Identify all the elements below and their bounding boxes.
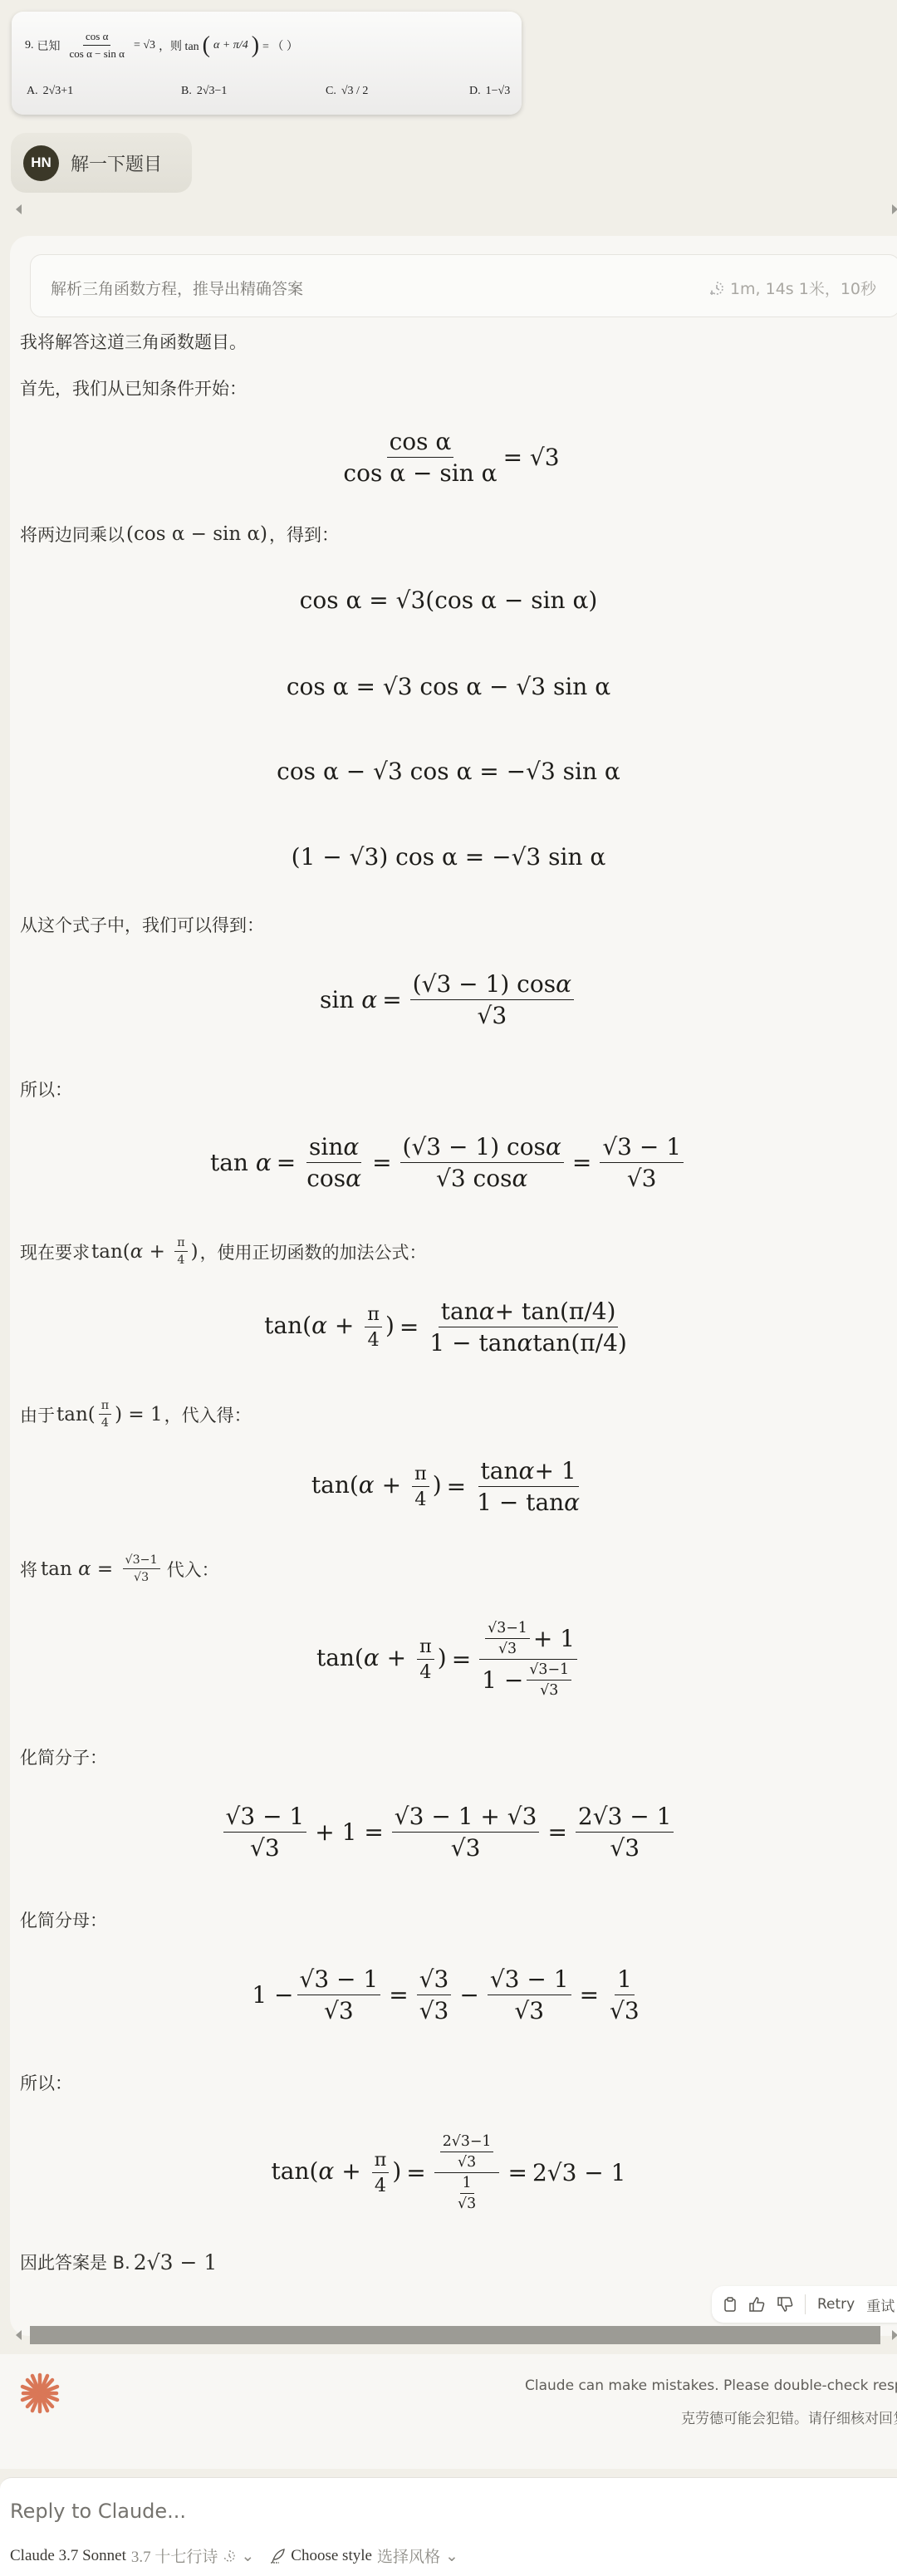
problem-question: 9. 已知 cos α cos α − sin α = √3 ，则 tan ( … — [25, 30, 298, 61]
choose-style-button[interactable]: Choose style — [291, 2547, 372, 2565]
disclaimer-en: Claude can make mistakes. Please double-… — [525, 2377, 897, 2394]
scrollbar-right-arrow[interactable] — [892, 2330, 897, 2340]
equation-addition: tan(α + π4)= tan α + tan(π/4)1 − tan α t… — [0, 1298, 897, 1357]
user-message: HN 解一下题目 — [11, 133, 192, 193]
step3-label: 从这个式子中，我们可以得到： — [20, 912, 264, 937]
option-value: 1−√3 — [486, 85, 511, 98]
equation-numerator: √3 − 1√3+ 1 = √3 − 1 + √3√3= 2√3 − 1√3 — [0, 1803, 897, 1862]
eq-den: cos α − sin α — [341, 458, 499, 487]
step2-label: 将两边同乘以 (cos α − sin α) ，得到： — [20, 522, 339, 547]
reply-input[interactable]: Reply to Claude... — [10, 2500, 186, 2523]
disclaimer-cn: 克劳德可能会犯错。请仔细核对回复。 — [681, 2407, 897, 2427]
eq-rhs: = √3 — [503, 444, 560, 471]
label-text: ，得到： — [269, 522, 339, 547]
equation-line: cos α − √3 cos α = −√3 sin α — [0, 758, 897, 785]
equation-sub2: tan(α + π4)= √3−1√3+ 11 − √3−1√3 — [0, 1620, 897, 1699]
choose-style-cn[interactable]: 选择风格 — [377, 2544, 440, 2567]
equation-line: (1 − √3) cos α = −√3 sin α — [0, 843, 897, 871]
claude-logo-icon — [18, 2372, 61, 2415]
option-letter: B. — [181, 85, 192, 98]
feather-pen-icon[interactable] — [269, 2548, 286, 2564]
conclusion: 因此答案是 B. 2√3 − 1 — [20, 2250, 217, 2274]
chevron-down-icon[interactable]: ⌄ — [445, 2547, 458, 2565]
step8-label: 化简分子： — [20, 1744, 107, 1769]
given-equals: = √3 — [134, 39, 155, 52]
equation-tan: tan α= sin αcos α= (√3 − 1) cos α√3 cos … — [0, 1133, 897, 1192]
equation-denominator: 1 − √3 − 1√3= √3√3− √3 − 1√3= 1√3 — [0, 1965, 897, 2024]
paren-open: ( — [203, 32, 210, 59]
label-math: (cos α − sin α) — [126, 523, 267, 545]
chevron-down-icon[interactable]: ⌄ — [241, 2547, 254, 2565]
step10-label: 所以： — [20, 2070, 72, 2095]
answer-blank: = （ ） — [262, 37, 298, 54]
option-value: √3 / 2 — [341, 85, 369, 98]
thinking-summary[interactable]: 解析三角函数方程，推导出精确答案 1m, 14s 1米，10秒 — [30, 254, 897, 317]
scroll-left-arrow[interactable] — [16, 204, 22, 214]
reply-composer[interactable]: Reply to Claude... Claude 3.7 Sonnet 3.7… — [0, 2477, 897, 2576]
paren-close: ) — [252, 32, 259, 59]
scroll-right-arrow[interactable] — [892, 204, 897, 214]
option-a: A.2√3+1 — [27, 85, 73, 98]
option-letter: A. — [27, 85, 38, 98]
divider — [805, 2294, 806, 2314]
equation-given: cos αcos α − sin α = √3 — [0, 428, 897, 487]
thinking-duration: 1m, 14s 1米，10秒 — [708, 277, 876, 299]
problem-number: 9. — [25, 39, 34, 52]
response-intro: 我将解答这道三角函数题目。 — [20, 329, 247, 354]
then-label: ，则 tan — [159, 37, 199, 54]
option-d: D.1−√3 — [469, 85, 510, 98]
user-message-text: 解一下题目 — [71, 150, 162, 176]
model-name-cn[interactable]: 3.7 十七行诗 — [131, 2544, 218, 2567]
conclusion-answer: 2√3 − 1 — [134, 2250, 218, 2274]
thumbs-up-icon[interactable] — [748, 2297, 765, 2312]
option-b: B.2√3−1 — [181, 85, 227, 98]
step5-label: 现在要求 tan(α + π4) ，使用正切函数的加法公式： — [20, 1236, 427, 1267]
label-text: 将 — [20, 1557, 37, 1582]
label-text: 代入： — [167, 1557, 219, 1582]
model-selector[interactable]: Claude 3.7 Sonnet — [10, 2547, 126, 2565]
duration-text: 1m, 14s 1米，10秒 — [730, 277, 876, 299]
horizontal-scrollbar-thumb[interactable] — [30, 2326, 880, 2344]
problem-image: 9. 已知 cos α cos α − sin α = √3 ，则 tan ( … — [12, 12, 522, 115]
label-text: 现在要求 — [20, 1239, 90, 1264]
step4-label: 所以： — [20, 1077, 72, 1102]
step7-label: 将 tan α = √3−1√3 代入： — [20, 1553, 219, 1584]
thinking-title: 解析三角函数方程，推导出精确答案 — [51, 277, 303, 299]
equation-line: cos α = √3 cos α − √3 sin α — [0, 673, 897, 700]
paren-arg: α + π/4 — [213, 39, 248, 52]
label-text: 将两边同乘以 — [20, 522, 125, 547]
avatar: HN — [23, 145, 59, 181]
label-text: ，代入得： — [164, 1402, 252, 1427]
extended-thinking-icon[interactable] — [223, 2549, 236, 2564]
given-fraction: cos α cos α − sin α — [67, 30, 127, 61]
given-numerator: cos α — [83, 30, 110, 46]
equation-final: tan(α + π4)= 2√3−1√31√3 =2√3 − 1 — [0, 2133, 897, 2212]
thumbs-down-icon[interactable] — [777, 2297, 793, 2312]
eq-num: cos α — [387, 428, 454, 458]
retry-button[interactable]: Retry — [817, 2296, 855, 2313]
option-letter: D. — [469, 85, 481, 98]
retry-cn-label[interactable]: 重试 — [866, 2294, 895, 2315]
step9-label: 化简分母： — [20, 1907, 107, 1932]
message-actions: Retry 重试 — [712, 2286, 897, 2323]
step6-label: 由于 tan(π4) = 1 ，代入得： — [20, 1399, 252, 1430]
step1-label: 首先，我们从已知条件开始： — [20, 375, 247, 400]
equation-line: cos α = √3(cos α − sin α) — [0, 586, 897, 614]
copy-icon[interactable] — [723, 2297, 737, 2312]
label-text: ，使用正切函数的加法公式： — [200, 1239, 427, 1264]
given-label: 已知 — [37, 37, 61, 54]
option-letter: C. — [326, 85, 336, 98]
option-c: C.√3 / 2 — [326, 85, 368, 98]
given-denominator: cos α − sin α — [67, 46, 127, 61]
option-value: 2√3−1 — [197, 85, 228, 98]
scrollbar-left-arrow[interactable] — [16, 2330, 22, 2340]
equation-sub1: tan(α + π4)= tan α + 11 − tan α — [0, 1457, 897, 1516]
equation-sin: sin α= (√3 − 1) cos α√3 — [0, 970, 897, 1029]
composer-toolbar: Claude 3.7 Sonnet 3.7 十七行诗 ⌄ Choose styl… — [10, 2544, 458, 2567]
clock-history-icon — [708, 280, 725, 297]
label-text: 由于 — [20, 1402, 55, 1427]
conclusion-text: 因此答案是 B. — [20, 2250, 130, 2274]
option-value: 2√3+1 — [43, 85, 74, 98]
